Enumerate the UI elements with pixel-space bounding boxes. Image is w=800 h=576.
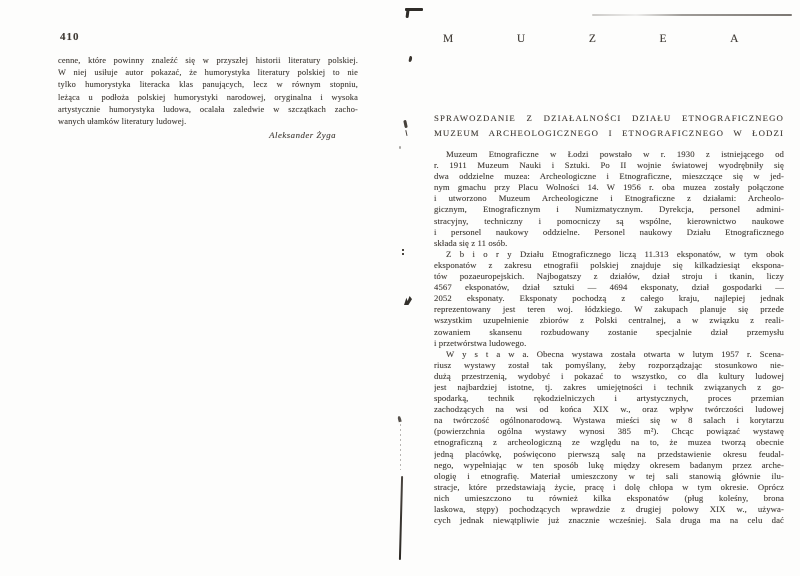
text-line: wszystkim uzupełnienie zbiorów z Polski …	[434, 315, 784, 326]
text-line: W niej usiłuje autor pokazać, że humorys…	[58, 67, 358, 79]
text-line: 2052 eksponaty. Eksponaty pochodzą z cał…	[434, 293, 784, 304]
scan-artifact-t-mark	[405, 8, 423, 11]
text-line: gicznym, Etnograficznym i Numizmatycznym…	[434, 204, 784, 215]
text-line: r. 1911 Muzeum Nauki i Sztuki. Po II woj…	[434, 160, 784, 171]
text-line: leżąca u podłoża polskiej humorystyki na…	[58, 92, 358, 104]
text-line: dwa oddzielne muzea: Archeologiczne i Et…	[434, 171, 784, 182]
text-line: W y s t a w a. Obecna wystawa została ot…	[434, 349, 784, 360]
text-line: Z	[589, 33, 597, 45]
text-line: Z b i o r y Działu Etnograficznego liczą…	[434, 249, 784, 260]
text-line: zachodzących na wsi od końca XIX w., ora…	[434, 404, 784, 415]
text-line: laskowa, stępy) pochodzących wprawdzie z…	[434, 504, 784, 515]
text-line: 4567 eksponatów, dział sztuki — 4694 eks…	[434, 282, 784, 293]
text-line: nich umieszczono tu również kilka ekspon…	[434, 493, 784, 504]
text-line: etnograficzną z archeologiczną ze względ…	[434, 437, 784, 448]
text-line: cenne, które powinny znaleźć się w przys…	[58, 55, 358, 67]
text-line: tów pozaeuropejskich. Najbogatszy z dzia…	[434, 271, 784, 282]
page-number: 410	[60, 31, 80, 43]
article-body: Muzeum Etnograficzne w Łodzi powstało w …	[434, 149, 784, 526]
text-line: i utworzono Muzeum Archeologiczne i Etno…	[434, 193, 784, 204]
scan-artifact-gutter-line	[399, 476, 403, 560]
text-line: na twórczość ogólnonarodową. Wystawa mie…	[434, 415, 784, 426]
text-line: reprezentowany jest teren woj. łódzkiego…	[434, 304, 784, 315]
text-line: MUZEUM ARCHEOLOGICZNEGO I ETNOGRAFICZNEG…	[434, 126, 784, 141]
text-line: E	[660, 33, 668, 45]
scanned-book-spread: { "colors": { "paper": "#fdfdfc", "ink":…	[0, 0, 800, 576]
text-line: artystycznie humorystyka ludowa, ocalała…	[58, 104, 358, 116]
paragraph-history: Muzeum Etnograficzne w Łodzi powstało w …	[434, 149, 784, 249]
text-line: cych jednak niewątpliwie już znacznie wc…	[434, 515, 784, 526]
scan-artifact-tick	[397, 416, 401, 423]
text-line: składa się z 11 osób.	[434, 238, 784, 249]
article-title: SPRAWOZDANIE Z DZIAŁALNOŚCI DZIAŁU ETNOG…	[434, 111, 784, 141]
scan-artifact-dot	[399, 146, 401, 149]
text-line: wanych ułamków literatury ludowej.	[58, 116, 358, 128]
scan-artifact-colon	[402, 249, 404, 251]
text-line: zowaniem skansenu rozbudowany zostanie s…	[434, 327, 784, 338]
scan-artifact-blot	[404, 296, 412, 305]
text-line: stracje, które przedstawiają życie, prac…	[434, 482, 784, 493]
text-line: ologię i etnografię. Materiał umieszczon…	[434, 471, 784, 482]
text-line: riusz wystawy został tak pomyślany, żeby…	[434, 360, 784, 371]
text-line: A	[730, 33, 739, 45]
left-page: 410 cenne, które powinny znaleźć się w p…	[58, 0, 358, 576]
text-line: stracyjny, techniczny i pomocniczy są ws…	[434, 216, 784, 227]
text-line: M	[443, 33, 454, 45]
running-head-muzea: MUZEA	[443, 33, 739, 45]
text-line: tylko humorystyka literacka klas panując…	[58, 79, 358, 91]
text-line: jedną placówkę, poświęcono pierwszą salę…	[434, 449, 784, 460]
text-line: i przetwórstwa ludowego.	[434, 338, 784, 349]
left-page-paragraph: cenne, które powinny znaleźć się w przys…	[58, 55, 358, 128]
scan-artifact-dotted-line	[400, 424, 401, 470]
text-line: jest najbardziej istotne, tj. zakres umi…	[434, 382, 784, 393]
text-line: Muzeum Etnograficzne w Łodzi powstało w …	[434, 149, 784, 160]
right-page: MUZEA SPRAWOZDANIE Z DZIAŁALNOŚCI DZIAŁU…	[434, 0, 786, 576]
paragraph-exhibition: W y s t a w a. Obecna wystawa została ot…	[434, 349, 784, 527]
text-line: i personel naukowy oddzielne. Personel n…	[434, 227, 784, 238]
text-line: nym gmachu przy Placu Wolności 14. W 195…	[434, 182, 784, 193]
text-line: SPRAWOZDANIE Z DZIAŁALNOŚCI DZIAŁU ETNOG…	[434, 111, 784, 126]
text-line: spodarką, technik rękodzielniczych i art…	[434, 393, 784, 404]
text-line: dużą przestrzenią, wydobyć i pokazać to …	[434, 371, 784, 382]
scan-artifact-hook	[403, 120, 408, 128]
text-line: eksponatów z zakresu etnografii polskiej…	[434, 260, 784, 271]
author-signature: Aleksander Żyga	[58, 130, 336, 140]
scan-artifact-speck	[408, 56, 412, 62]
text-line: U	[517, 33, 526, 45]
scan-artifact-page-edge-line	[592, 14, 792, 16]
text-line: (powierzchnia ogólna wystawy wynosi 385 …	[434, 426, 784, 437]
paragraph-collections: Z b i o r y Działu Etnograficznego liczą…	[434, 249, 784, 349]
text-line: nego, wypełniając w ten sposób lukę międ…	[434, 460, 784, 471]
